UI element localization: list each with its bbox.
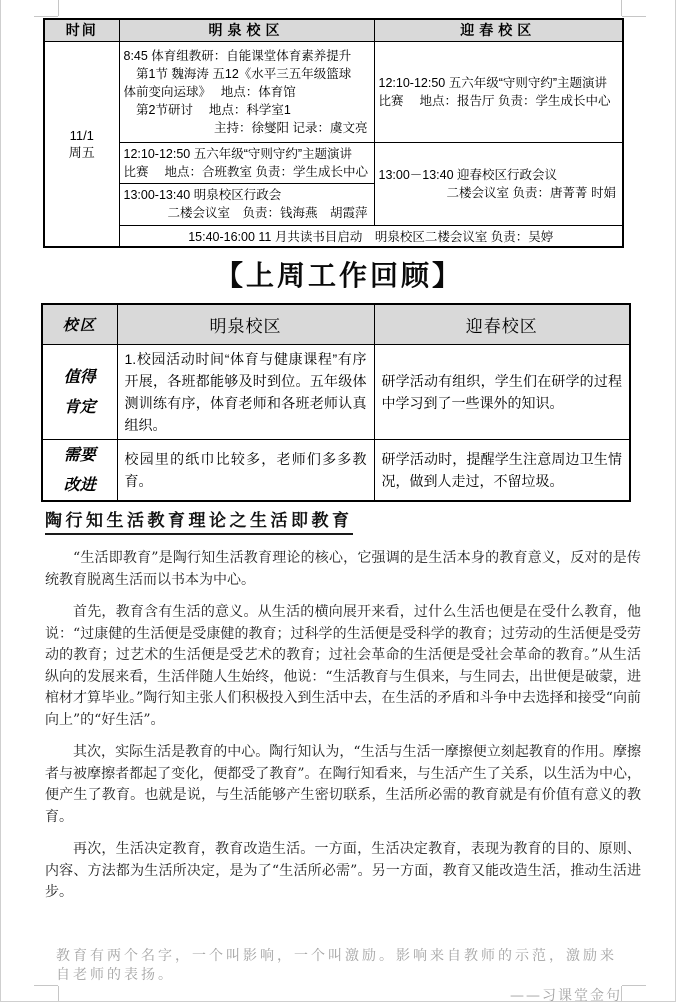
review-header-row: 校区 明泉校区 迎春校区 bbox=[42, 304, 630, 344]
review-positive-yingchun: 研学活动有组织，学生们在研学的过程中学习到了一些课外的知识。 bbox=[374, 344, 630, 439]
event-line: 12:10-12:50 五六年级“守则守约”主题演讲 bbox=[379, 74, 619, 92]
footer-attribution: ——习课堂金句 bbox=[56, 987, 622, 1002]
review-header-yingchun: 迎春校区 bbox=[374, 304, 630, 344]
review-header-mingquan: 明泉校区 bbox=[117, 304, 374, 344]
event-line: 第2节研讨 地点：科学室1 bbox=[124, 101, 370, 119]
review-improve-yingchun: 研学活动时，提醒学生注意周边卫生情况，做到人走过，不留垃圾。 bbox=[374, 439, 630, 501]
crop-mark-bottom-right bbox=[622, 985, 646, 986]
crop-mark-top-left bbox=[34, 16, 58, 17]
yingchun-event-2: 13:00－13:40 迎春校区行政会议 二楼会议室 负责：唐菁菁 时娟 bbox=[374, 142, 623, 225]
event-line: 8:45 体育组教研：自能课堂体育素养提升 bbox=[124, 47, 370, 65]
essay-paragraph-1: “生活即教育”是陶行知生活教育理论的核心，它强调的是生活本身的教育意义，反对的是… bbox=[45, 548, 641, 591]
schedule-header-mingquan: 明泉校区 bbox=[119, 19, 374, 41]
review-row-positive: 值得 肯定 1.校园活动时间“体育与健康课程”有序开展，各班都能够及时到位。五年… bbox=[42, 344, 630, 439]
event-line: 比赛 地点：报告厅 负责：学生成长中心 bbox=[379, 92, 619, 110]
footer-quote: 教育有两个名字，一个叫影响，一个叫激励。影响来自教师的示范，激励来自老师的表扬。 bbox=[56, 947, 622, 985]
row-label-line: 需要 bbox=[43, 440, 117, 470]
mingquan-event-2: 12:10-12:50 五六年级“守则守约”主题演讲 比赛 地点：合班教室 负责… bbox=[119, 142, 374, 183]
mingquan-event-1: 8:45 体育组教研：自能课堂体育素养提升 第1节 魏海涛 五12《水平三五年级… bbox=[119, 41, 374, 142]
document-page: 时间 明泉校区 迎春校区 11/1 周五 8:45 体育组教研：自能课堂体育素养… bbox=[0, 0, 676, 1002]
row-label-line: 值得 bbox=[43, 362, 117, 392]
row-label-line: 肯定 bbox=[43, 392, 117, 422]
row-label-improve: 需要 改进 bbox=[42, 439, 117, 501]
essay-paragraph-4: 再次，生活决定教育，教育改造生活。一方面，生活决定教育，表现为教育的目的、原则、… bbox=[45, 839, 641, 904]
crop-mark-top-right bbox=[622, 16, 646, 17]
schedule-date-cell: 11/1 周五 bbox=[44, 41, 119, 247]
event-line: 体前变向运球》 地点：体育馆 bbox=[124, 83, 370, 101]
event-line: 二楼会议室 负责：唐菁菁 时娟 bbox=[379, 184, 619, 202]
schedule-table: 时间 明泉校区 迎春校区 11/1 周五 8:45 体育组教研：自能课堂体育素养… bbox=[43, 18, 624, 248]
review-section-title: 【上周工作回顾】 bbox=[1, 254, 676, 294]
schedule-header-row: 时间 明泉校区 迎春校区 bbox=[44, 19, 623, 41]
event-line: 二楼会议室 负责：钱海燕 胡霞萍 bbox=[124, 204, 370, 222]
footer-quote-block: 教育有两个名字，一个叫影响，一个叫激励。影响来自教师的示范，激励来自老师的表扬。… bbox=[56, 947, 622, 1002]
joint-event: 15:40-16:00 11 月共读书目启动 明泉校区二楼会议室 负责：吴婷 bbox=[119, 225, 623, 247]
review-header-campus: 校区 bbox=[42, 304, 117, 344]
schedule-header-time: 时间 bbox=[44, 19, 119, 41]
event-line: 第1节 魏海涛 五12《水平三五年级篮球 bbox=[124, 65, 370, 83]
essay-title: 陶行知生活教育理论之生活即教育 bbox=[45, 510, 353, 535]
review-table: 校区 明泉校区 迎春校区 值得 肯定 1.校园活动时间“体育与健康课程”有序开展… bbox=[41, 303, 631, 502]
event-line: 13:00-13:40 明泉校区行政会 bbox=[124, 186, 370, 204]
weekday-text: 周五 bbox=[45, 144, 119, 161]
row-label-line: 改进 bbox=[43, 470, 117, 500]
date-text: 11/1 bbox=[45, 127, 119, 144]
schedule-row-1: 11/1 周五 8:45 体育组教研：自能课堂体育素养提升 第1节 魏海涛 五1… bbox=[44, 41, 623, 142]
essay-paragraph-3: 其次，实际生活是教育的中心。陶行知认为，“生活与生活一摩擦便立刻起教育的作用。摩… bbox=[45, 742, 641, 828]
schedule-row-2: 12:10-12:50 五六年级“守则守约”主题演讲 比赛 地点：合班教室 负责… bbox=[44, 142, 623, 183]
review-row-improve: 需要 改进 校园里的纸巾比较多，老师们多多教育。 研学活动时，提醒学生注意周边卫… bbox=[42, 439, 630, 501]
review-improve-mingquan: 校园里的纸巾比较多，老师们多多教育。 bbox=[117, 439, 374, 501]
crop-mark-bottom-left bbox=[34, 985, 58, 986]
mingquan-event-3: 13:00-13:40 明泉校区行政会 二楼会议室 负责：钱海燕 胡霞萍 bbox=[119, 183, 374, 225]
event-line: 13:00－13:40 迎春校区行政会议 bbox=[379, 166, 619, 184]
event-line: 12:10-12:50 五六年级“守则守约”主题演讲 bbox=[124, 145, 370, 163]
essay-section: 陶行知生活教育理论之生活即教育 “生活即教育”是陶行知生活教育理论的核心，它强调… bbox=[45, 510, 641, 915]
yingchun-event-1: 12:10-12:50 五六年级“守则守约”主题演讲 比赛 地点：报告厅 负责：… bbox=[374, 41, 623, 142]
event-line: 比赛 地点：合班教室 负责：学生成长中心 bbox=[124, 163, 370, 181]
event-line: 主持：徐燮阳 记录：虞文亮 bbox=[124, 119, 370, 137]
crop-mark-top-left bbox=[58, 0, 59, 16]
schedule-row-4: 15:40-16:00 11 月共读书目启动 明泉校区二楼会议室 负责：吴婷 bbox=[44, 225, 623, 247]
review-positive-mingquan: 1.校园活动时间“体育与健康课程”有序开展，各班都能够及时到位。五年级体测训练有… bbox=[117, 344, 374, 439]
essay-paragraph-2: 首先，教育含有生活的意义。从生活的横向展开来看，过什么生活也便是在受什么教育，他… bbox=[45, 602, 641, 731]
crop-mark-top-right bbox=[621, 0, 622, 16]
row-label-positive: 值得 肯定 bbox=[42, 344, 117, 439]
schedule-header-yingchun: 迎春校区 bbox=[374, 19, 623, 41]
